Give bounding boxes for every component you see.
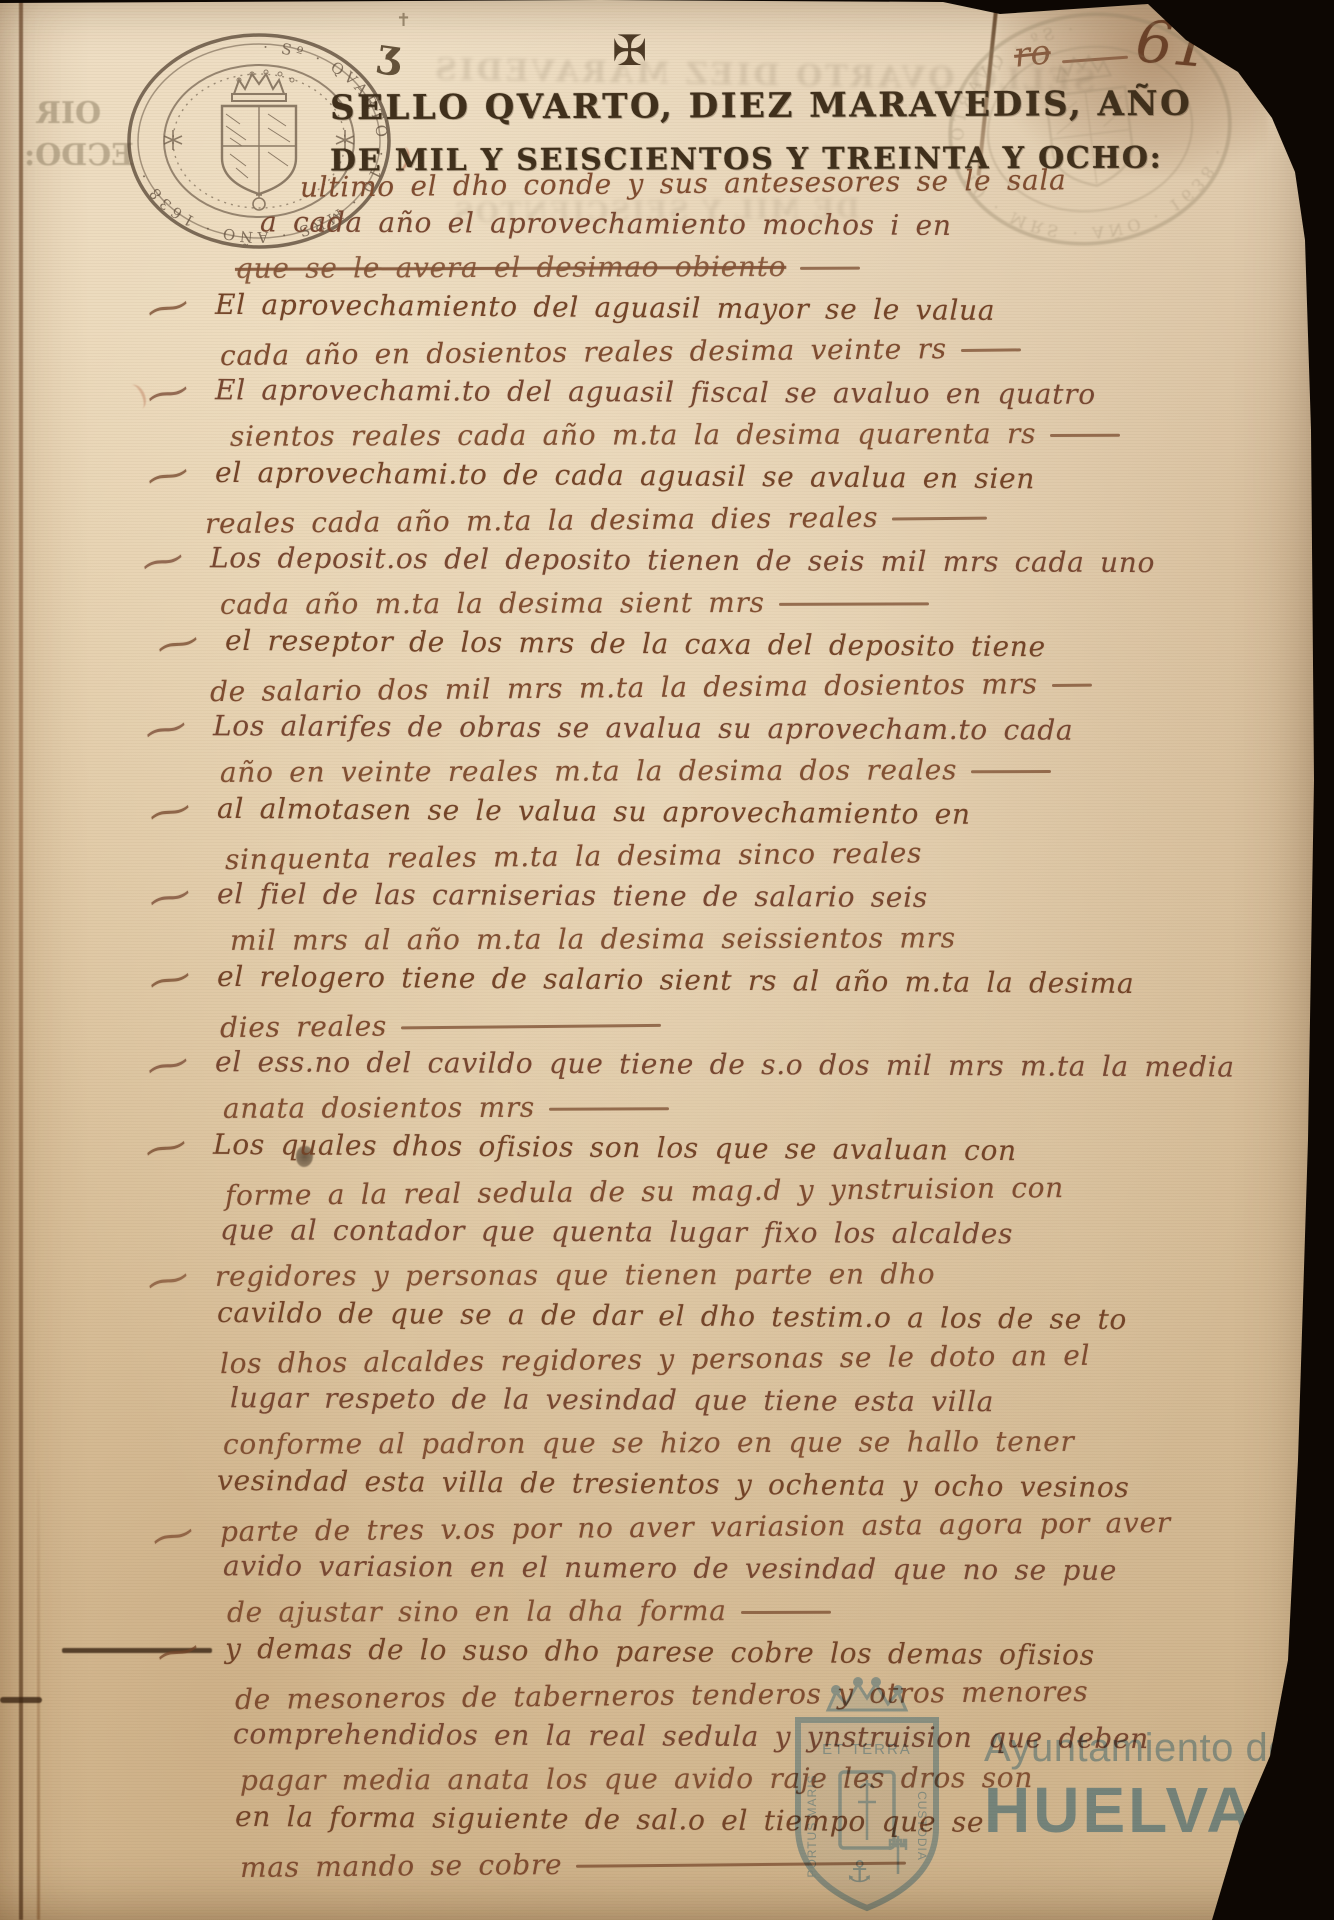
margin-squiggle-mark: ~ [143, 1510, 204, 1563]
manuscript-line: ~regidores y personas que tienen parte e… [215, 1256, 1280, 1302]
manuscript-line-text: de salario dos mil mrs m.ta la desima do… [210, 667, 1038, 708]
margin-ink-dash [0, 1697, 42, 1703]
manuscript-line-text: que se le avera el desimao obiento [235, 250, 786, 285]
manuscript-line-text: reales cada año m.ta la desima dies real… [205, 501, 879, 540]
manuscript-line-text: El aprovechami.to del aguasil fiscal se … [215, 373, 1096, 411]
invocation-cross-icon: ✠ [612, 26, 647, 75]
ink-rule-dash [779, 602, 929, 606]
ink-rule-dash [1050, 434, 1120, 437]
manuscript-line-text: los dhos alcaldes regidores y personas s… [220, 1339, 1091, 1380]
manuscript-line: cada año m.ta la desima sient mrs [220, 584, 1280, 630]
margin-squiggle-mark: ~ [138, 282, 199, 334]
manuscript-line-text: el aprovechami.to de cada aguasil se ava… [215, 456, 1035, 495]
manuscript-line-text: cada año m.ta la desima sient mrs [220, 586, 765, 621]
ink-rule-dash [800, 267, 860, 270]
binding-crease [19, 0, 23, 1920]
manuscript-line-text: el reseptor de los mrs de la caxa del de… [225, 624, 1046, 663]
manuscript-line: ~el fiel de las carniserias tiene de sal… [217, 877, 1280, 925]
manuscript-line-text: a cada año el aprovechamiento mochos i e… [260, 205, 952, 242]
watermark-text: Ayuntamiento de HUELVA [984, 1726, 1291, 1847]
manuscript-line-text: de ajustar sino en la dha forma [227, 1594, 727, 1629]
archive-watermark: ET TERRA PORTUS MARIS CUSTODIA ⚓ Ayuntam… [748, 1660, 1334, 1920]
manuscript-line-text: lugar respeto de la vesindad que tiene e… [230, 1381, 994, 1418]
manuscript-line: anata dosientos mrs [223, 1088, 1280, 1134]
ink-rule-dash [892, 517, 987, 521]
ink-rule-dash [961, 348, 1021, 352]
manuscript-line: a cada año el aprovechamiento mochos i e… [260, 205, 1280, 252]
manuscript-line: ~Los deposit.os del deposito tienen de s… [210, 541, 1280, 589]
manuscript-line: ~el ess.no del cavildo que tiene de s.o … [215, 1045, 1280, 1093]
manuscript-line-text: Los quales dhos ofisios son los que se a… [213, 1128, 1017, 1167]
manuscript-line-text: sinquenta reales m.ta la desima sinco re… [225, 836, 922, 876]
margin-squiggle-mark: ~ [148, 618, 209, 670]
watermark-city-name: HUELVA [984, 1773, 1291, 1847]
manuscript-line-text: ultimo el dho conde y sus antesesores se… [300, 163, 1067, 203]
anchor-icon: ⚓ [846, 1855, 873, 1890]
manuscript-line-text: El aprovechamiento del aguasil mayor se … [215, 288, 995, 327]
margin-squiggle-mark: ~ [136, 1122, 197, 1174]
shield-motto-top: ET TERRA [822, 1741, 912, 1758]
manuscript-line: avido variasion en el numero de vesindad… [223, 1549, 1280, 1597]
manuscript-line-text: que al contador que quenta lugar fixo lo… [220, 1213, 1013, 1250]
margin-squiggle-mark: ~ [136, 703, 197, 755]
manuscript-line-text: mas mando se cobre [240, 1848, 563, 1884]
manuscript-line-text: Los deposit.os del deposito tienen de se… [210, 541, 1155, 579]
manuscript-page: SELLO QVARTO DIEZ MARAVEDIS DE MIL Y SEI… [0, 0, 1334, 1920]
ink-rule-dash [401, 1024, 661, 1029]
manuscript-line: mil mrs al año m.ta la desima seissiento… [230, 920, 1280, 966]
manuscript-line-text: parte de tres v.os por no aver variasion… [220, 1506, 1171, 1548]
manuscript-line-text: sientos reales cada año m.ta la desima q… [230, 417, 1036, 453]
manuscript-line-text: el fiel de las carniserias tiene de sala… [217, 877, 928, 914]
manuscript-line-text: vesindad esta villa de tresientos y oche… [217, 1464, 1130, 1504]
margin-squiggle-mark: ~ [140, 786, 201, 838]
ink-rule-dash [1052, 684, 1092, 687]
margin-squiggle-mark: ~ [133, 535, 194, 587]
watermark-org-name: Ayuntamiento de [984, 1726, 1291, 1771]
manuscript-line: conforme al padron que se hizo en que se… [223, 1424, 1280, 1470]
shield-motto-right: CUSTODIA [915, 1791, 929, 1861]
manuscript-line-text: el ess.no del cavildo que tiene de s.o d… [215, 1045, 1235, 1083]
manuscript-line-text: el relogero tiene de salario sient rs al… [217, 960, 1135, 1000]
manuscript-line: que al contador que quenta lugar fixo lo… [220, 1213, 1280, 1261]
manuscript-line-text: al almotasen se le valua su aprovechamie… [217, 792, 971, 831]
margin-print-bleedthrough: OIR [36, 96, 101, 131]
margin-squiggle-mark: ~ [138, 450, 199, 502]
manuscript-line-text: cada año en dosientos reales desima vein… [220, 332, 947, 372]
ink-rule-dash [549, 1107, 669, 1110]
manuscript-line-text: Los alarifes de obras se avalua su aprov… [213, 709, 1073, 747]
shield-motto-left: PORTUS MARIS [805, 1774, 819, 1877]
manuscript-body: ultimo el dho conde y sus antesesores se… [205, 166, 1280, 1888]
manuscript-line-text: dies reales [220, 1009, 387, 1044]
sello-header-line1: SELLO QVARTO, DIEZ MARAVEDIS, AÑO [330, 84, 1192, 129]
manuscript-line-text: avido variasion en el numero de vesindad… [223, 1549, 1117, 1587]
huelva-coat-of-arms: ET TERRA PORTUS MARIS CUSTODIA ⚓ [768, 1676, 966, 1920]
manuscript-line: ~El aprovechami.to del aguasil fiscal se… [215, 373, 1280, 421]
margin-squiggle-mark: ~ [138, 367, 199, 419]
manuscript-line: sientos reales cada año m.ta la desima q… [230, 416, 1280, 462]
manuscript-line: ultimo el dho conde y sus antesesores se… [300, 161, 1280, 212]
manuscript-line: que se le avera el desimao obiento [235, 248, 1280, 294]
manuscript-line-text: año en veinte reales m.ta la desima dos … [220, 753, 957, 789]
manuscript-line-text: forme a la real sedula de su mag.d y yns… [225, 1171, 1064, 1212]
margin-squiggle-mark: ~ [148, 1626, 209, 1678]
manuscript-line: lugar respeto de la vesindad que tiene e… [230, 1381, 1280, 1428]
manuscript-line-text: anata dosientos mrs [223, 1091, 535, 1125]
manuscript-line-text: cavildo de que se a de dar el dho testim… [217, 1296, 1127, 1336]
manuscript-line: año en veinte reales m.ta la desima dos … [220, 752, 1280, 798]
margin-squiggle-mark: ~ [138, 1254, 199, 1307]
manuscript-line-text: mil mrs al año m.ta la desima seissiento… [230, 921, 956, 957]
margin-squiggle-mark: ~ [138, 1039, 199, 1091]
margin-squiggle-mark: ~ [140, 871, 201, 923]
manuscript-line-text: conforme al padron que se hizo en que se… [223, 1425, 1075, 1461]
ink-rule-dash [971, 770, 1051, 773]
margin-squiggle-mark: ~ [140, 954, 201, 1006]
ink-rule-dash [741, 1611, 831, 1614]
manuscript-line: ~Los alarifes de obras se avalua su apro… [213, 709, 1280, 757]
manuscript-line: de ajustar sino en la dha forma [227, 1592, 1280, 1638]
binding-crease-lower [37, 1470, 40, 1920]
manuscript-line-text: regidores y personas que tienen parte en… [215, 1257, 935, 1293]
